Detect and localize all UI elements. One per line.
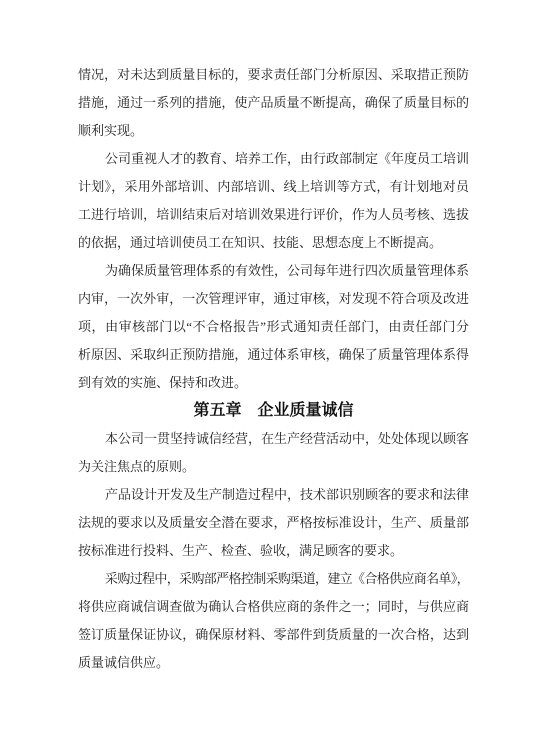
text-line: 到有效的实施、保持和改进。: [78, 369, 469, 397]
text-line: 为确保质量管理体系的有效性，公司每年进行四次质量管理体系: [78, 257, 469, 285]
text-line: 析原因、采取纠正预防措施，通过体系审核，确保了质量管理体系得: [78, 341, 469, 369]
paragraph: 本公司一贯坚持诚信经营，在生产经营活动中，处处体现以顾客为关注焦点的原则。: [78, 425, 469, 481]
text-line: 的依据，通过培训使员工在知识、技能、思想态度上不断提高。: [78, 229, 469, 257]
text-line: 本公司一贯坚持诚信经营，在生产经营活动中，处处体现以顾客: [78, 425, 469, 453]
text-line: 工进行培训，培训结束后对培训效果进行评价，作为人员考核、选拔: [78, 201, 469, 229]
text-line: 产品设计开发及生产制造过程中，技术部识别顾客的要求和法律: [78, 481, 469, 509]
text-line: 公司重视人才的教育、培养工作，由行政部制定《年度员工培训: [78, 145, 469, 173]
text-line: 项，由审核部门以“不合格报告”形式通知责任部门，由责任部门分: [78, 313, 469, 341]
document-page: 情况，对未达到质量目标的，要求责任部门分析原因、采取措正预防措施，通过一系列的措…: [0, 0, 547, 753]
text-line: 按标准进行投料、生产、检查、验收，满足顾客的要求。: [78, 537, 469, 565]
paragraph: 产品设计开发及生产制造过程中，技术部识别顾客的要求和法律法规的要求以及质量安全潜…: [78, 481, 469, 565]
text-line: 内审，一次外审，一次管理评审，通过审核，对发现不符合项及改进: [78, 285, 469, 313]
text-line: 为关注焦点的原则。: [78, 453, 469, 481]
paragraph: 情况，对未达到质量目标的，要求责任部门分析原因、采取措正预防措施，通过一系列的措…: [78, 61, 469, 145]
text-line: 情况，对未达到质量目标的，要求责任部门分析原因、采取措正预防: [78, 61, 469, 89]
paragraph: 公司重视人才的教育、培养工作，由行政部制定《年度员工培训计划》，采用外部培训、内…: [78, 145, 469, 257]
text-line: 措施，通过一系列的措施，使产品质量不断提高，确保了质量目标的: [78, 89, 469, 117]
text-line: 法规的要求以及质量安全潜在要求，严格按标准设计，生产、质量部: [78, 509, 469, 537]
text-line: 顺利实现。: [78, 117, 469, 145]
text-line: 将供应商诚信调查做为确认合格供应商的条件之一；同时，与供应商: [78, 593, 469, 621]
chapter-heading: 第五章 企业质量诚信: [78, 397, 469, 425]
text-line: 签订质量保证协议，确保原材料、零部件到货质量的一次合格，达到: [78, 621, 469, 649]
text-line: 计划》，采用外部培训、内部培训、线上培训等方式，有计划地对员: [78, 173, 469, 201]
paragraph: 为确保质量管理体系的有效性，公司每年进行四次质量管理体系内审，一次外审，一次管理…: [78, 257, 469, 397]
paragraph: 采购过程中，采购部严格控制采购渠道，建立《合格供应商名单》，将供应商诚信调查做为…: [78, 565, 469, 677]
text-line: 质量诚信供应。: [78, 649, 469, 677]
document-content: 情况，对未达到质量目标的，要求责任部门分析原因、采取措正预防措施，通过一系列的措…: [78, 61, 469, 677]
text-line: 采购过程中，采购部严格控制采购渠道，建立《合格供应商名单》，: [78, 565, 469, 593]
